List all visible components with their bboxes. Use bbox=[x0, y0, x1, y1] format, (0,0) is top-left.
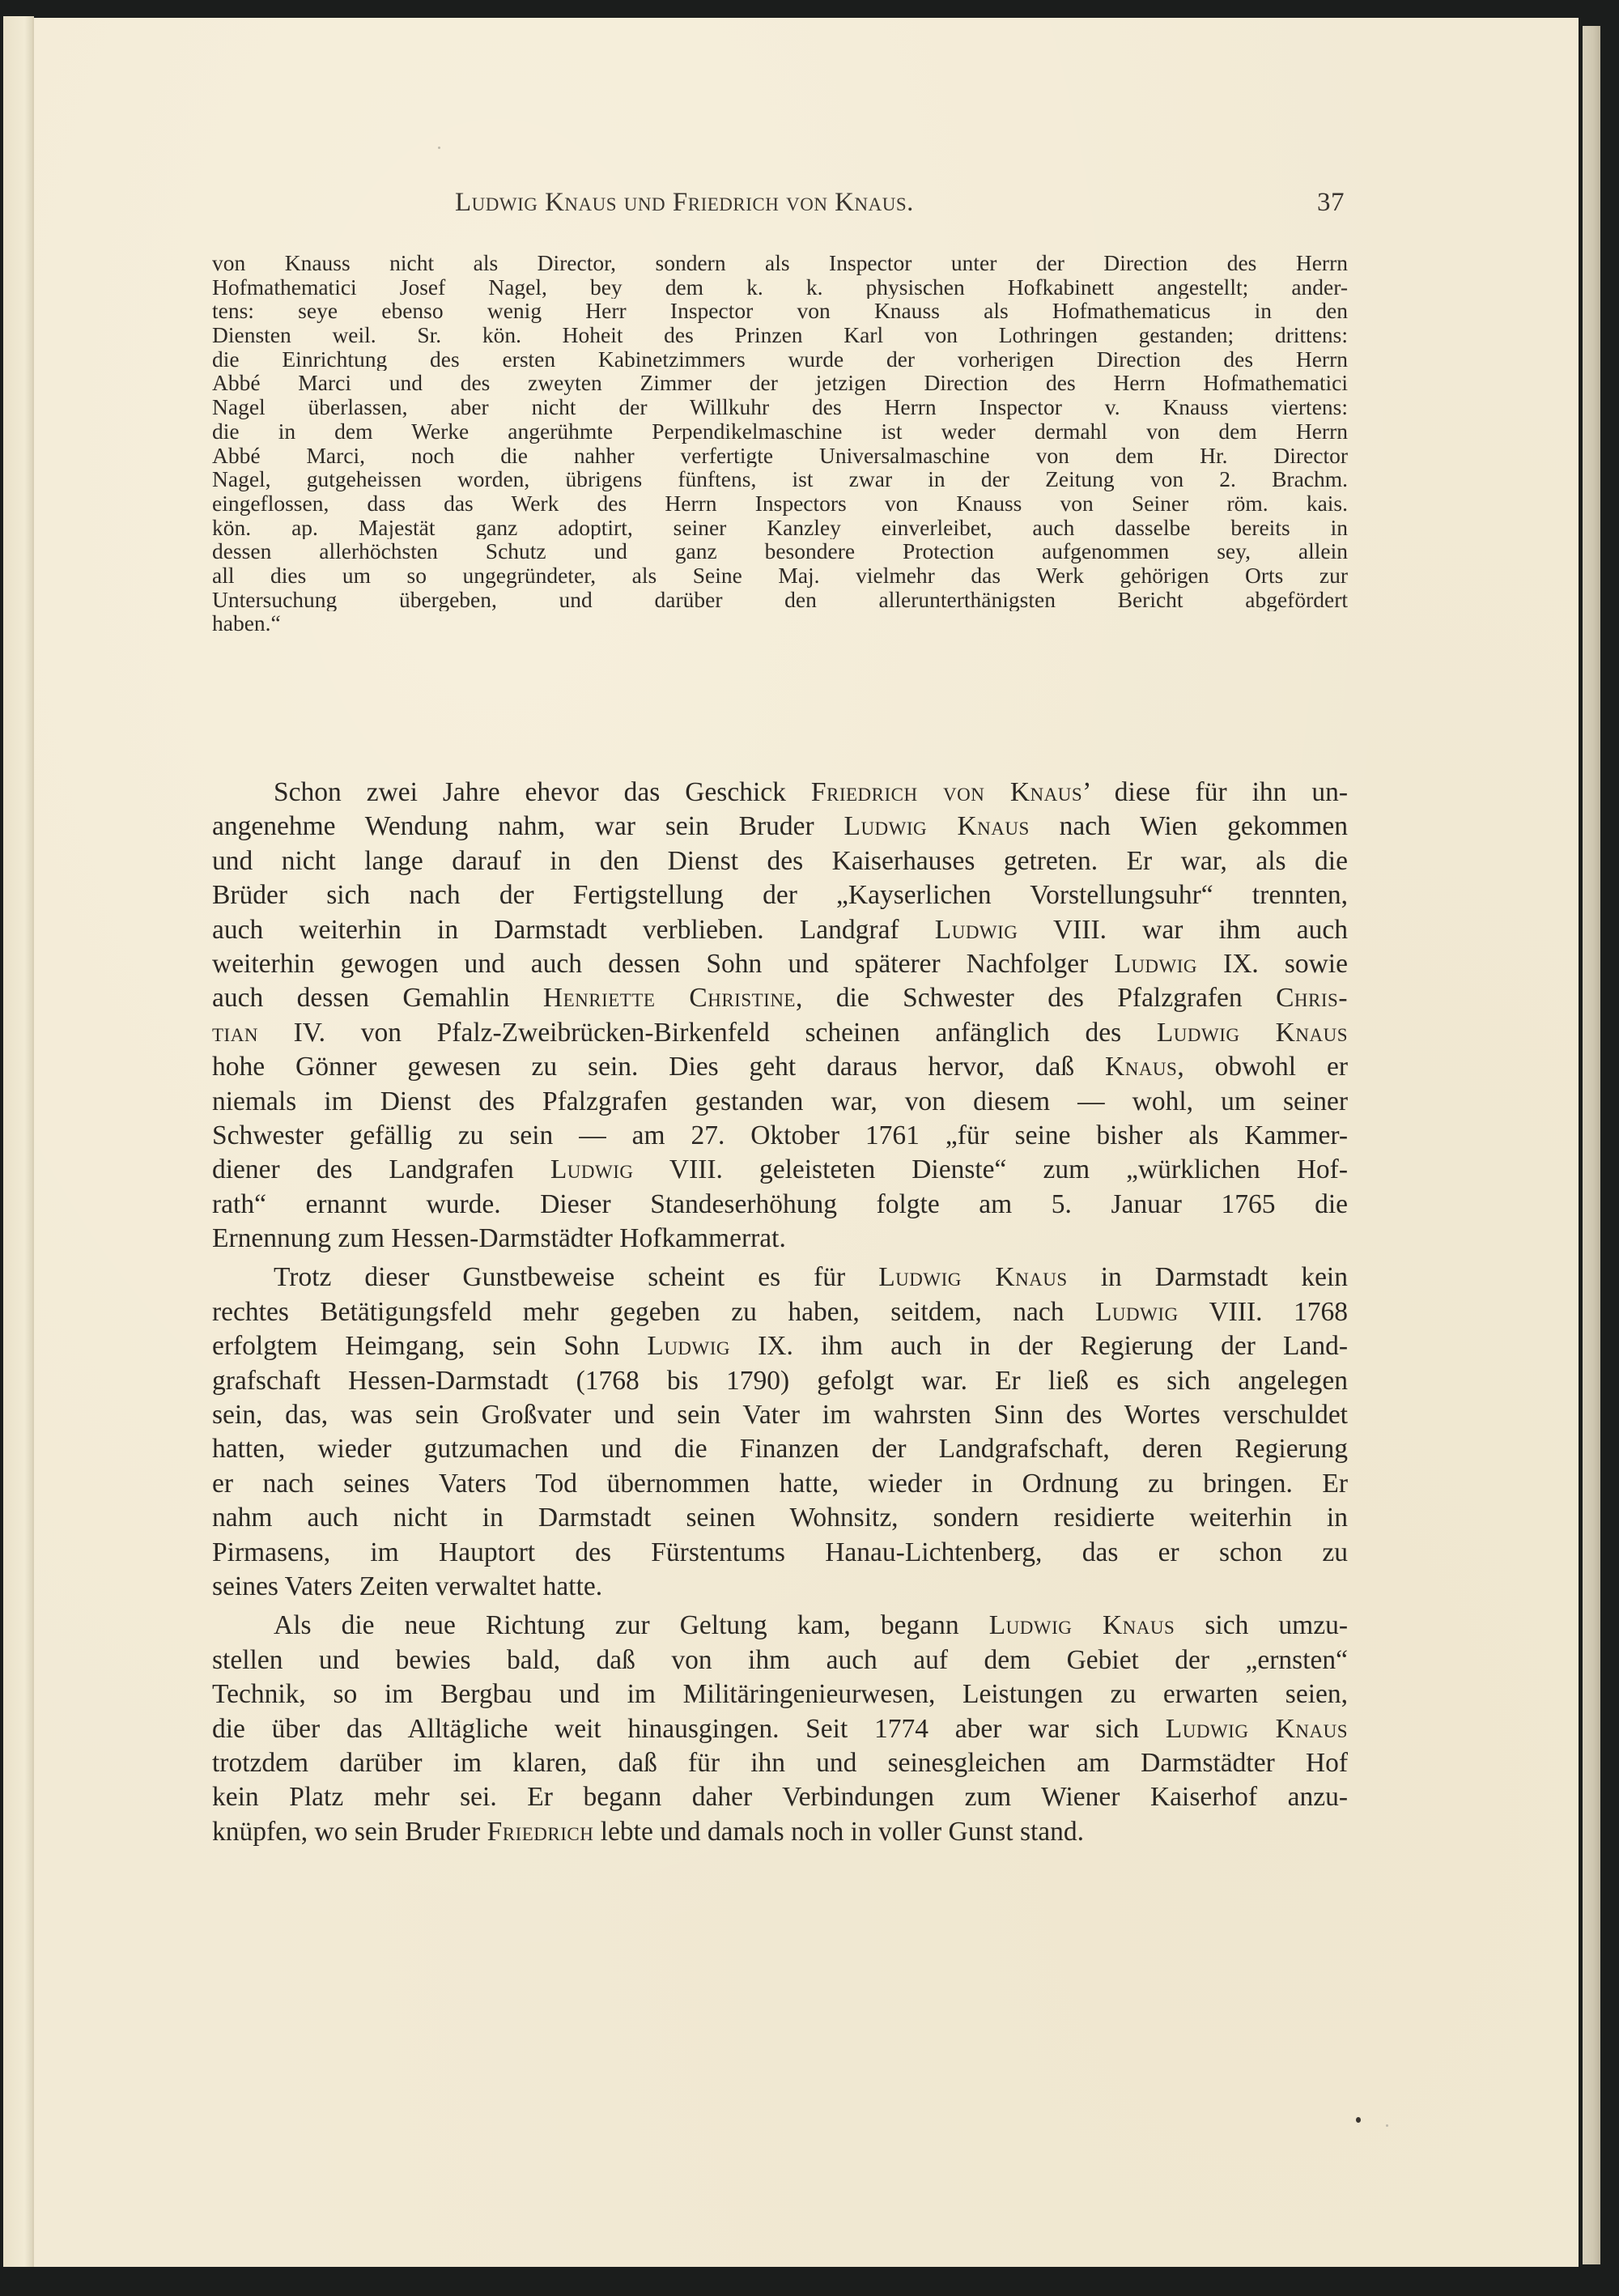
quote-line: dessen allerhöchsten Schutz und ganz bes… bbox=[212, 539, 1348, 563]
quote-line: Hofmathematici Josef Nagel, bey dem k. k… bbox=[212, 275, 1348, 300]
text-run: die über das Alltägliche weit hinausging… bbox=[212, 1714, 1166, 1744]
small-caps-name: Henriette Christine bbox=[543, 983, 796, 1013]
text-run: VIII. 1768 bbox=[1179, 1297, 1348, 1327]
facing-page-edge bbox=[3, 16, 34, 2267]
text-run: Pirmasens, im Hauptort des Fürstentums H… bbox=[212, 1537, 1348, 1567]
quote-line: Untersuchung übergeben, und darüber den … bbox=[212, 588, 1348, 612]
text-run: sich umzu- bbox=[1175, 1610, 1348, 1640]
quote-line: tens: seye ebenso wenig Herr Inspector v… bbox=[212, 299, 1348, 323]
page-stack-edge bbox=[1583, 26, 1600, 2264]
text-run: Schon zwei Jahre ehevor das Geschick bbox=[274, 777, 811, 807]
quote-line: Diensten weil. Sr. kön. Hoheit des Prinz… bbox=[212, 323, 1348, 347]
text-run: VIII. geleisteten Dienste“ zum „würklich… bbox=[633, 1154, 1348, 1184]
paragraph-line: seines Vaters Zeiten verwaltet hatte. bbox=[212, 1570, 1348, 1604]
quote-line: die in dem Werke angerühmte Perpendikelm… bbox=[212, 419, 1348, 444]
small-caps-name: Ludwig bbox=[1095, 1297, 1179, 1327]
paragraph-line: knüpfen, wo sein Bruder Friedrich lebte … bbox=[212, 1815, 1348, 1849]
small-caps-name: Ludwig Knaus bbox=[878, 1262, 1067, 1292]
paragraph-line: niemals im Dienst des Pfalzgrafen gestan… bbox=[212, 1085, 1348, 1119]
text-run: Schwester gefällig zu sein — am 27. Okto… bbox=[212, 1120, 1348, 1150]
quote-line: Abbé Marci und des zweyten Zimmer der je… bbox=[212, 371, 1348, 395]
text-run: IV. von Pfalz-Zweibrücken-Birkenfeld sch… bbox=[258, 1018, 1157, 1048]
paragraph-line: hohe Gönner gewesen zu sein. Dies geht d… bbox=[212, 1050, 1348, 1084]
quote-line: Nagel, gutgeheissen worden, übrigens fün… bbox=[212, 467, 1348, 491]
paragraph-line: weiterhin gewogen und auch dessen Sohn u… bbox=[212, 947, 1348, 981]
text-run: Brüder sich nach der Fertigstellung der … bbox=[212, 880, 1348, 910]
paragraph-line: hatten, wieder gutzumachen und die Finan… bbox=[212, 1432, 1348, 1466]
paper-speck bbox=[1386, 2124, 1388, 2127]
paragraph-line: auch weiterhin in Darmstadt verblieben. … bbox=[212, 913, 1348, 947]
text-run: und nicht lange darauf in den Dienst des… bbox=[212, 846, 1348, 876]
paragraph-line: trotzdem darüber im klaren, daß für ihn … bbox=[212, 1746, 1348, 1780]
small-caps-name: Ludwig Knaus bbox=[843, 811, 1029, 841]
paragraph-line: und nicht lange darauf in den Dienst des… bbox=[212, 844, 1348, 878]
paragraph-line: nahm auch nicht in Darmstadt seinen Wohn… bbox=[212, 1501, 1348, 1535]
paragraph-line: Brüder sich nach der Fertigstellung der … bbox=[212, 878, 1348, 912]
text-run: ’ diese für ihn un- bbox=[1082, 777, 1348, 807]
paragraph-line: Ernennung zum Hessen-Darmstädter Hofkamm… bbox=[212, 1222, 1348, 1256]
paragraph-line: Als die neue Richtung zur Geltung kam, b… bbox=[212, 1609, 1348, 1643]
running-head: Ludwig Knaus und Friedrich von Knaus. 37 bbox=[455, 188, 1362, 223]
small-caps-name: Ludwig bbox=[647, 1331, 730, 1361]
paragraph-line: auch dessen Gemahlin Henriette Christine… bbox=[212, 981, 1348, 1015]
running-head-title: Ludwig Knaus und Friedrich von Knaus. bbox=[455, 188, 914, 218]
paragraph-line: grafschaft Hessen-Darmstadt (1768 bis 17… bbox=[212, 1364, 1348, 1398]
text-run: auch weiterhin in Darmstadt verblieben. … bbox=[212, 915, 935, 945]
text-run: seines Vaters Zeiten verwaltet hatte. bbox=[212, 1571, 602, 1601]
text-run: IX. ihm auch in der Regierung der Land- bbox=[730, 1331, 1348, 1361]
text-run: diener des Landgrafen bbox=[212, 1154, 550, 1184]
paragraph-line: erfolgtem Heimgang, sein Sohn Ludwig IX.… bbox=[212, 1329, 1348, 1363]
paragraph-line: Pirmasens, im Hauptort des Fürstentums H… bbox=[212, 1536, 1348, 1570]
small-caps-name: tian bbox=[212, 1018, 258, 1048]
paragraph-line: rath“ ernannt wurde. Dieser Standeserhöh… bbox=[212, 1188, 1348, 1222]
text-run: niemals im Dienst des Pfalzgrafen gestan… bbox=[212, 1086, 1348, 1116]
text-run: knüpfen, wo sein Bruder bbox=[212, 1817, 487, 1847]
text-run: stellen und bewies bald, daß von ihm auc… bbox=[212, 1645, 1348, 1675]
gutter-line bbox=[32, 18, 34, 2267]
small-caps-name: Ludwig Knaus bbox=[1166, 1714, 1348, 1744]
text-run: weiterhin gewogen und auch dessen Sohn u… bbox=[212, 949, 1114, 979]
small-caps-name: Ludwig bbox=[935, 915, 1018, 945]
paragraph-line: Trotz dieser Gunstbeweise scheint es für… bbox=[212, 1261, 1348, 1295]
small-caps-name: Ludwig bbox=[550, 1154, 634, 1184]
body-text: Schon zwei Jahre ehevor das Geschick Fri… bbox=[212, 776, 1348, 1849]
paragraph-line: Technik, so im Bergbau und im Militäring… bbox=[212, 1677, 1348, 1711]
text-run: hatten, wieder gutzumachen und die Finan… bbox=[212, 1434, 1348, 1464]
paragraph-line: stellen und bewies bald, daß von ihm auc… bbox=[212, 1643, 1348, 1677]
text-run: Als die neue Richtung zur Geltung kam, b… bbox=[274, 1610, 989, 1640]
paragraph-line: Schon zwei Jahre ehevor das Geschick Fri… bbox=[212, 776, 1348, 810]
block-quote: von Knauss nicht als Director, sondern a… bbox=[212, 251, 1348, 636]
quote-line: Nagel überlassen, aber nicht der Willkuh… bbox=[212, 395, 1348, 419]
paragraph-line: diener des Landgrafen Ludwig VIII. gelei… bbox=[212, 1153, 1348, 1187]
paragraph-line: rechtes Betätigungsfeld mehr gegeben zu … bbox=[212, 1295, 1348, 1329]
small-caps-name: Ludwig bbox=[1114, 949, 1197, 979]
text-run: , die Schwester des Pfalzgrafen bbox=[796, 983, 1276, 1013]
quote-line: haben.“ bbox=[212, 611, 1348, 636]
paragraph-line: kein Platz mehr sei. Er begann daher Ver… bbox=[212, 1780, 1348, 1814]
small-caps-name: Knaus bbox=[1105, 1052, 1177, 1082]
text-run: erfolgtem Heimgang, sein Sohn bbox=[212, 1331, 647, 1361]
text-run: nahm auch nicht in Darmstadt seinen Wohn… bbox=[212, 1503, 1348, 1533]
quote-line: kön. ap. Majestät ganz adoptirt, seiner … bbox=[212, 516, 1348, 540]
text-run: angenehme Wendung nahm, war sein Bruder bbox=[212, 811, 843, 841]
text-run: hohe Gönner gewesen zu sein. Dies geht d… bbox=[212, 1052, 1105, 1082]
text-run: , obwohl er bbox=[1177, 1052, 1348, 1082]
quote-line: die Einrichtung des ersten Kabinetzimmer… bbox=[212, 347, 1348, 372]
small-caps-name: Friedrich bbox=[487, 1817, 594, 1847]
text-run: lebte und damals noch in voller Gunst st… bbox=[593, 1817, 1084, 1847]
text-run: trotzdem darüber im klaren, daß für ihn … bbox=[212, 1748, 1348, 1778]
small-caps-name: Chris- bbox=[1276, 983, 1348, 1013]
text-run: VIII. war ihm auch bbox=[1018, 915, 1348, 945]
text-run: IX. sowie bbox=[1197, 949, 1348, 979]
page-number: 37 bbox=[1317, 188, 1345, 218]
ink-dot bbox=[1356, 2117, 1361, 2123]
small-caps-name: Ludwig Knaus bbox=[989, 1610, 1175, 1640]
paragraph-line: tian IV. von Pfalz-Zweibrücken-Birkenfel… bbox=[212, 1016, 1348, 1050]
text-run: Ernennung zum Hessen-Darmstädter Hofkamm… bbox=[212, 1223, 786, 1253]
quote-line: eingeflossen, dass das Werk des Herrn In… bbox=[212, 491, 1348, 516]
text-run: sein, das, was sein Großvater und sein V… bbox=[212, 1400, 1348, 1430]
text-run: kein Platz mehr sei. Er begann daher Ver… bbox=[212, 1782, 1348, 1812]
text-run: Technik, so im Bergbau und im Militäring… bbox=[212, 1679, 1348, 1709]
quote-line: all dies um so ungegründeter, als Seine … bbox=[212, 563, 1348, 588]
text-run: er nach seines Vaters Tod übernommen hat… bbox=[212, 1469, 1348, 1499]
small-caps-name: Friedrich von Knaus bbox=[811, 777, 1082, 807]
text-run: in Darmstadt kein bbox=[1068, 1262, 1348, 1292]
text-run: nach Wien gekommen bbox=[1030, 811, 1348, 841]
paragraph-line: die über das Alltägliche weit hinausging… bbox=[212, 1712, 1348, 1746]
paper-speck bbox=[438, 147, 440, 149]
text-run: rechtes Betätigungsfeld mehr gegeben zu … bbox=[212, 1297, 1095, 1327]
quote-line: von Knauss nicht als Director, sondern a… bbox=[212, 251, 1348, 275]
paragraph-line: angenehme Wendung nahm, war sein Bruder … bbox=[212, 810, 1348, 844]
text-run: rath“ ernannt wurde. Dieser Standeserhöh… bbox=[212, 1189, 1348, 1219]
paragraph-line: sein, das, was sein Großvater und sein V… bbox=[212, 1398, 1348, 1432]
text-run: grafschaft Hessen-Darmstadt (1768 bis 17… bbox=[212, 1366, 1348, 1396]
text-run: Trotz dieser Gunstbeweise scheint es für bbox=[274, 1262, 878, 1292]
quote-line: Abbé Marci, noch die nahher verfertigte … bbox=[212, 444, 1348, 468]
text-run: auch dessen Gemahlin bbox=[212, 983, 543, 1013]
small-caps-name: Ludwig Knaus bbox=[1157, 1018, 1348, 1048]
paragraph-line: er nach seines Vaters Tod übernommen hat… bbox=[212, 1467, 1348, 1501]
paragraph-line: Schwester gefällig zu sein — am 27. Okto… bbox=[212, 1119, 1348, 1153]
